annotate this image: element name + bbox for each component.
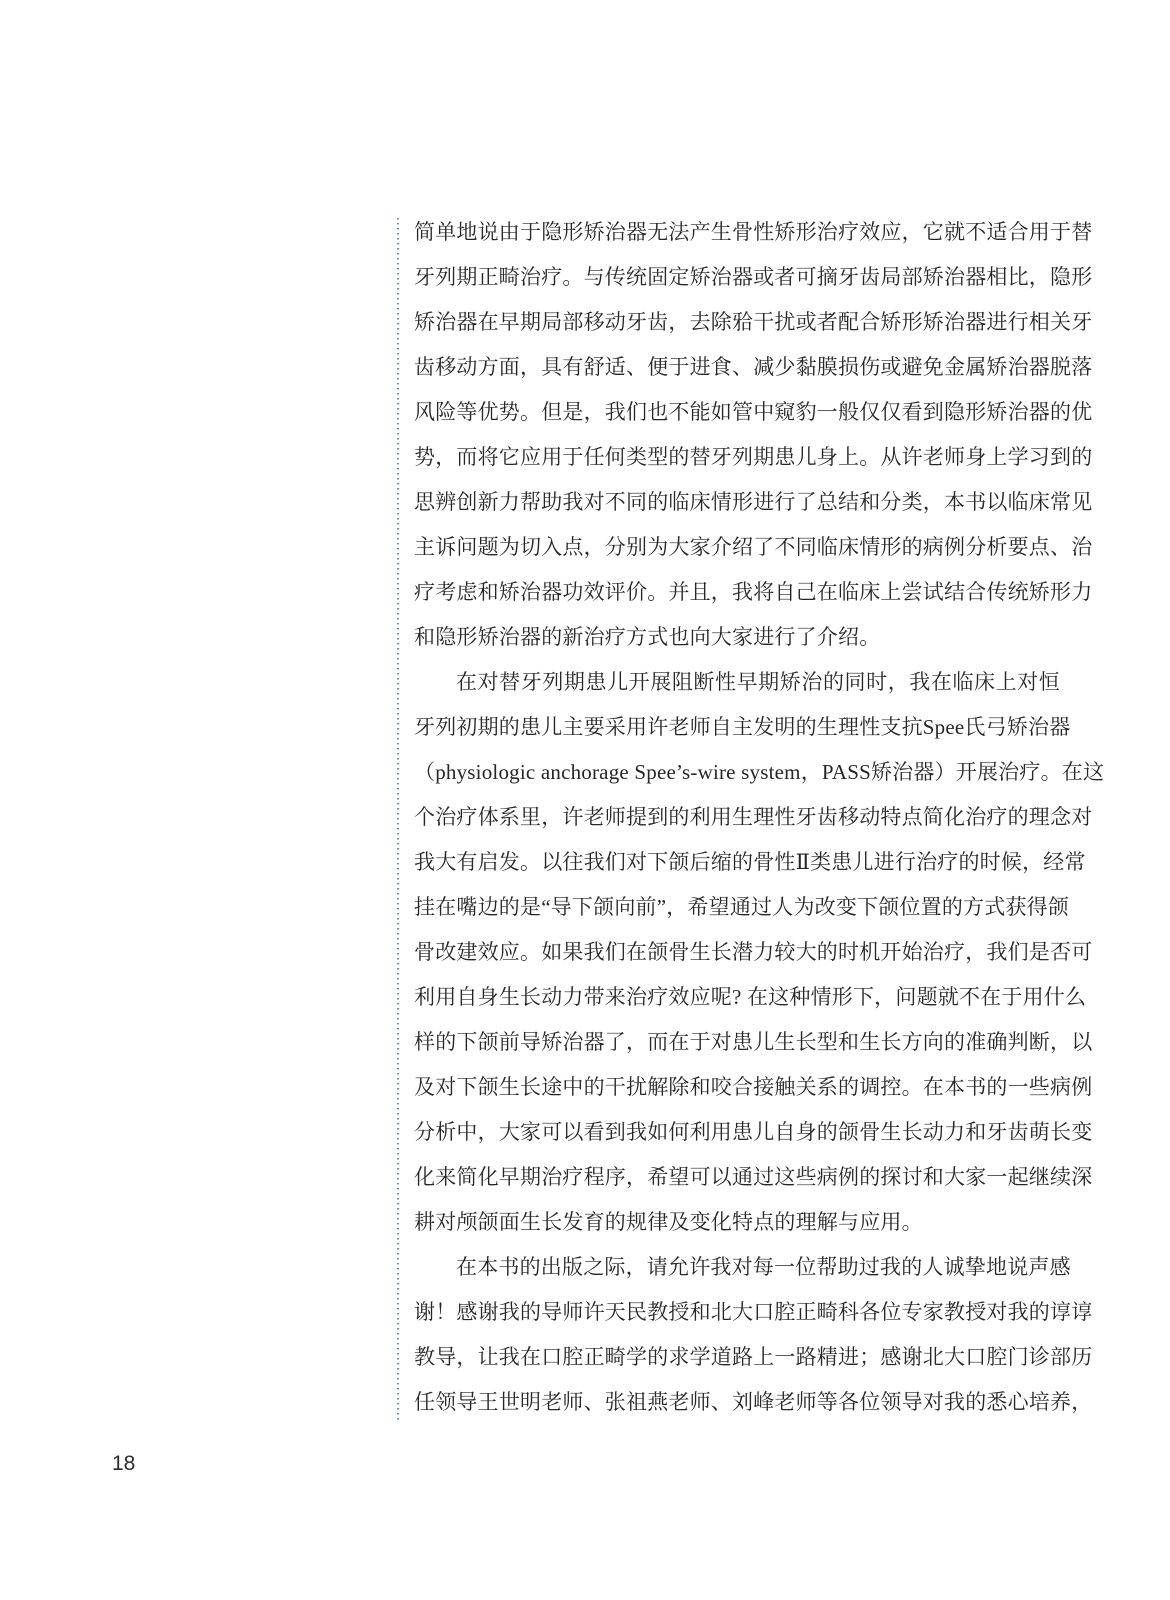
text-line: 势，而将它应用于任何类型的替牙列期患儿身上。从许老师身上学习到的 <box>414 435 1060 480</box>
text-line: 化来简化早期治疗程序，希望可以通过这些病例的探讨和大家一起继续深 <box>414 1155 1060 1200</box>
book-page: 简单地说由于隐形矫治器无法产生骨性矫形治疗效应，它就不适合用于替牙列期正畸治疗。… <box>0 0 1170 1600</box>
text-line: 样的下颌前导矫治器了，而在于对患儿生长型和生长方向的准确判断，以 <box>414 1020 1060 1065</box>
text-line: 思辨创新力帮助我对不同的临床情形进行了总结和分类，本书以临床常见 <box>414 480 1060 525</box>
text-line: 挂在嘴边的是“导下颌向前”，希望通过人为改变下颌位置的方式获得颌 <box>414 885 1060 930</box>
text-line: 骨改建效应。如果我们在颌骨生长潜力较大的时机开始治疗，我们是否可 <box>414 930 1060 975</box>
text-line: 风险等优势。但是，我们也不能如管中窥豹一般仅仅看到隐形矫治器的优 <box>414 390 1060 435</box>
text-line: 个治疗体系里，许老师提到的利用生理性牙齿移动特点简化治疗的理念对 <box>414 795 1060 840</box>
text-line: 利用自身生长动力带来治疗效应呢? 在这种情形下，问题就不在于用什么 <box>414 975 1060 1020</box>
text-line: 简单地说由于隐形矫治器无法产生骨性矫形治疗效应，它就不适合用于替 <box>414 210 1060 255</box>
text-line: 疗考虑和矫治器功效评价。并且，我将自己在临床上尝试结合传统矫形力 <box>414 570 1060 615</box>
paragraph: 在本书的出版之际，请允许我对每一位帮助过我的人诚挚地说声感谢！感谢我的导师许天民… <box>414 1245 1060 1425</box>
text-line: 在对替牙列期患儿开展阻断性早期矫治的同时，我在临床上对恒 <box>414 660 1060 705</box>
paragraph: 在对替牙列期患儿开展阻断性早期矫治的同时，我在临床上对恒牙列初期的患儿主要采用许… <box>414 660 1060 1245</box>
text-line: 矫治器在早期局部移动牙齿，去除𬌗干扰或者配合矫形矫治器进行相关牙 <box>414 300 1060 345</box>
text-line: 牙列初期的患儿主要采用许老师自主发明的生理性支抗Spee氏弓矫治器 <box>414 705 1060 750</box>
text-line: 谢！感谢我的导师许天民教授和北大口腔正畸科各位专家教授对我的谆谆 <box>414 1290 1060 1335</box>
text-block: 简单地说由于隐形矫治器无法产生骨性矫形治疗效应，它就不适合用于替牙列期正畸治疗。… <box>414 210 1060 1425</box>
text-line: （physiologic anchorage Spee’s-wire syste… <box>414 750 1060 795</box>
text-line: 主诉问题为切入点，分别为大家介绍了不同临床情形的病例分析要点、治 <box>414 525 1060 570</box>
text-line: 教导，让我在口腔正畸学的求学道路上一路精进；感谢北大口腔门诊部历 <box>414 1335 1060 1380</box>
text-line: 任领导王世明老师、张祖燕老师、刘峰老师等各位领导对我的悉心培养， <box>414 1380 1060 1425</box>
paragraph: 简单地说由于隐形矫治器无法产生骨性矫形治疗效应，它就不适合用于替牙列期正畸治疗。… <box>414 210 1060 660</box>
page-number: 18 <box>112 1452 135 1476</box>
text-line: 及对下颌生长途中的干扰解除和咬合接触关系的调控。在本书的一些病例 <box>414 1065 1060 1110</box>
text-line: 我大有启发。以往我们对下颌后缩的骨性Ⅱ类患儿进行治疗的时候，经常 <box>414 840 1060 885</box>
text-line: 分析中，大家可以看到我如何利用患儿自身的颌骨生长动力和牙齿萌长变 <box>414 1110 1060 1155</box>
text-line: 齿移动方面，具有舒适、便于进食、减少黏膜损伤或避免金属矫治器脱落 <box>414 345 1060 390</box>
text-line: 耕对颅颌面生长发育的规律及变化特点的理解与应用。 <box>414 1200 1060 1245</box>
dotted-divider-line <box>397 218 399 1420</box>
text-line: 牙列期正畸治疗。与传统固定矫治器或者可摘牙齿局部矫治器相比，隐形 <box>414 255 1060 300</box>
text-line: 和隐形矫治器的新治疗方式也向大家进行了介绍。 <box>414 615 1060 660</box>
text-line: 在本书的出版之际，请允许我对每一位帮助过我的人诚挚地说声感 <box>414 1245 1060 1290</box>
